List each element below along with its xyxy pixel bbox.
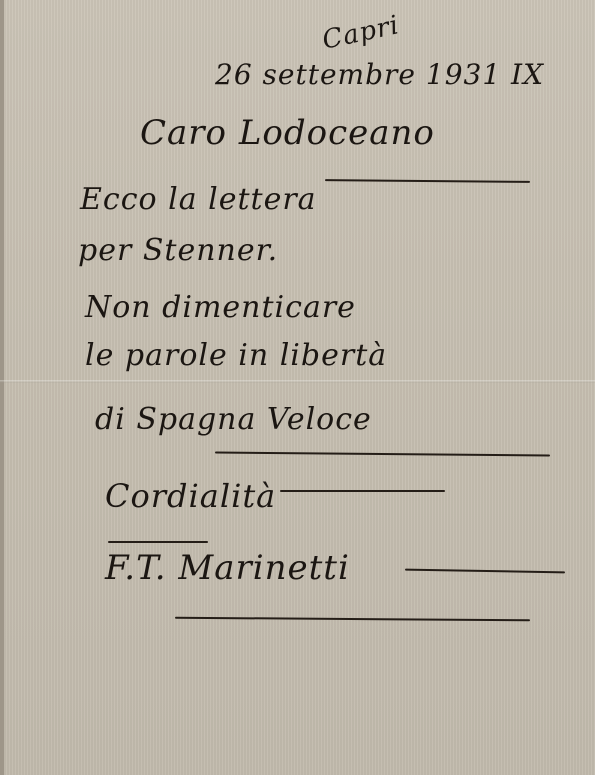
signature-underline-short [108,541,208,543]
letter-body-line-1: Ecco la lettera [80,182,317,217]
closing-underline [280,490,445,492]
letter-body-line-5: di Spagna Veloce [95,402,372,437]
letter-place: Capri [320,10,402,56]
page-edge [0,0,4,775]
signature-flourish-right [405,569,565,574]
signature-underline-long [175,617,530,621]
letter-closing: Cordialità [105,477,276,515]
letter-salutation: Caro Lodoceano [140,113,435,153]
letter-page: Capri 26 settembre 1931 IX Caro Lodocean… [0,0,595,775]
letter-body-line-4: le parole in libertà [85,338,387,373]
body-underline [215,452,550,457]
letter-date: 26 settembre 1931 IX [215,58,544,91]
letter-signature: F.T. Marinetti [105,548,350,588]
letter-body-line-2: per Stenner. [78,233,278,268]
salutation-underline [325,179,530,183]
letter-body-line-3: Non dimenticare [85,290,356,325]
paper-fold-line [0,380,595,383]
